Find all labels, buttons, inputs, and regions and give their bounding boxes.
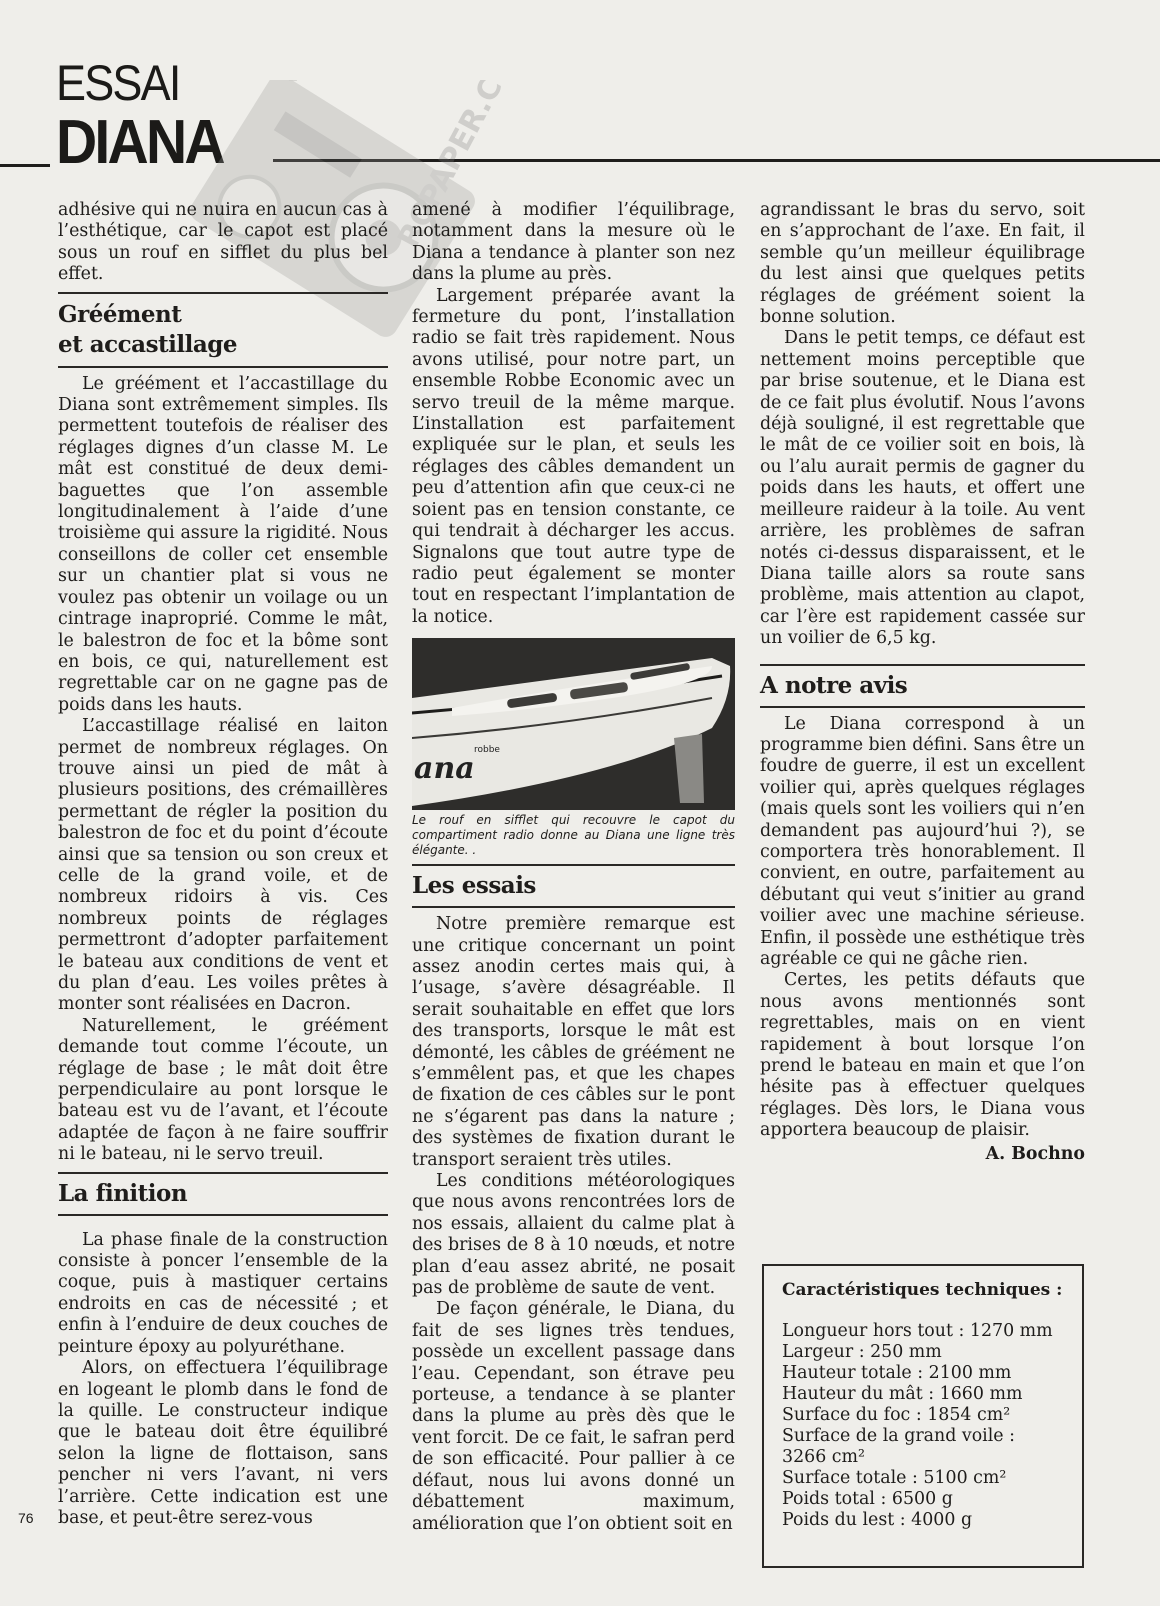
column-3: agrandissant le bras du servo, soit en s… bbox=[760, 200, 1085, 1165]
section-divider bbox=[58, 366, 388, 368]
technical-specs-box: Caractéristiques techniques : Longueur h… bbox=[762, 1264, 1084, 1568]
heading-line-1: Gréément bbox=[58, 301, 181, 328]
body-paragraph: Alors, on effectuera l’équilibrage en lo… bbox=[58, 1358, 388, 1529]
title-rule-right bbox=[273, 159, 1160, 162]
intro-paragraph: adhésive qui ne nuira en aucun cas à l’e… bbox=[58, 200, 388, 286]
boat-photo: ana robbe bbox=[412, 638, 735, 810]
spec-line: Surface du foc : 1854 cm² bbox=[782, 1405, 1064, 1426]
article-kicker: ESSAI bbox=[56, 58, 180, 108]
spec-line: Longueur hors tout : 1270 mm bbox=[782, 1321, 1064, 1342]
section-divider bbox=[58, 1172, 388, 1174]
section-divider bbox=[760, 664, 1085, 666]
body-paragraph: La phase finale de la construction consi… bbox=[58, 1230, 388, 1358]
spec-line: Hauteur totale : 2100 mm bbox=[782, 1363, 1064, 1384]
column-1: adhésive qui ne nuira en aucun cas à l’e… bbox=[58, 200, 388, 1529]
column-2: amené à modifier l’équilibrage, notammen… bbox=[412, 200, 735, 1535]
body-paragraph: Largement préparée avant la fermeture du… bbox=[412, 286, 735, 629]
body-paragraph: Dans le petit temps, ce défaut est nette… bbox=[760, 328, 1085, 649]
body-paragraph: Les conditions météorologiques que nous … bbox=[412, 1171, 735, 1299]
spec-line: Surface totale : 5100 cm² bbox=[782, 1468, 1064, 1489]
author-signature: A. Bochno bbox=[760, 1144, 1085, 1165]
section-divider bbox=[412, 864, 735, 866]
photo-caption: Le rouf en sifflet qui recouvre le capot… bbox=[412, 813, 735, 858]
body-paragraph: Certes, les petits défauts que nous avon… bbox=[760, 970, 1085, 1141]
section-divider bbox=[58, 1214, 388, 1216]
body-paragraph: Naturellement, le gréément demande tout … bbox=[58, 1016, 388, 1166]
section-divider bbox=[58, 292, 388, 294]
svg-text:ana: ana bbox=[414, 751, 475, 786]
spec-line: Poids total : 6500 g bbox=[782, 1489, 1064, 1510]
body-paragraph: L’accastillage réalisé en laiton permet … bbox=[58, 716, 388, 1016]
spec-line: Surface de la grand voile : bbox=[782, 1426, 1064, 1447]
section-heading-finition: La finition bbox=[58, 1180, 388, 1208]
page-number: 76 bbox=[18, 1510, 34, 1526]
spec-line: 3266 cm² bbox=[782, 1447, 1064, 1468]
body-paragraph: Le Diana correspond à un programme bien … bbox=[760, 714, 1085, 971]
section-heading-essais: Les essais bbox=[412, 872, 735, 900]
body-paragraph: Notre première remarque est une critique… bbox=[412, 914, 735, 1171]
body-paragraph: Le gréément et l’accastillage du Diana s… bbox=[58, 374, 388, 717]
heading-line-2: et accastillage bbox=[58, 331, 237, 358]
body-paragraph: De façon générale, le Diana, du fait de … bbox=[412, 1299, 735, 1534]
spec-line: Hauteur du mât : 1660 mm bbox=[782, 1384, 1064, 1405]
section-divider bbox=[412, 906, 735, 908]
sailboat-hull-image: ana robbe bbox=[412, 638, 735, 810]
section-divider bbox=[760, 706, 1085, 708]
svg-text:robbe: robbe bbox=[474, 745, 500, 755]
section-heading-avis: A notre avis bbox=[760, 672, 1085, 700]
body-paragraph: agrandissant le bras du servo, soit en s… bbox=[760, 200, 1085, 328]
spec-line: Poids du lest : 4000 g bbox=[782, 1510, 1064, 1531]
body-paragraph: amené à modifier l’équilibrage, notammen… bbox=[412, 200, 735, 286]
section-heading-greement: Gréément et accastillage bbox=[58, 300, 388, 360]
title-rule-left bbox=[0, 164, 50, 167]
spec-line: Largeur : 250 mm bbox=[782, 1342, 1064, 1363]
article-title: DIANA bbox=[56, 112, 223, 174]
specs-title: Caractéristiques techniques : bbox=[782, 1280, 1064, 1301]
